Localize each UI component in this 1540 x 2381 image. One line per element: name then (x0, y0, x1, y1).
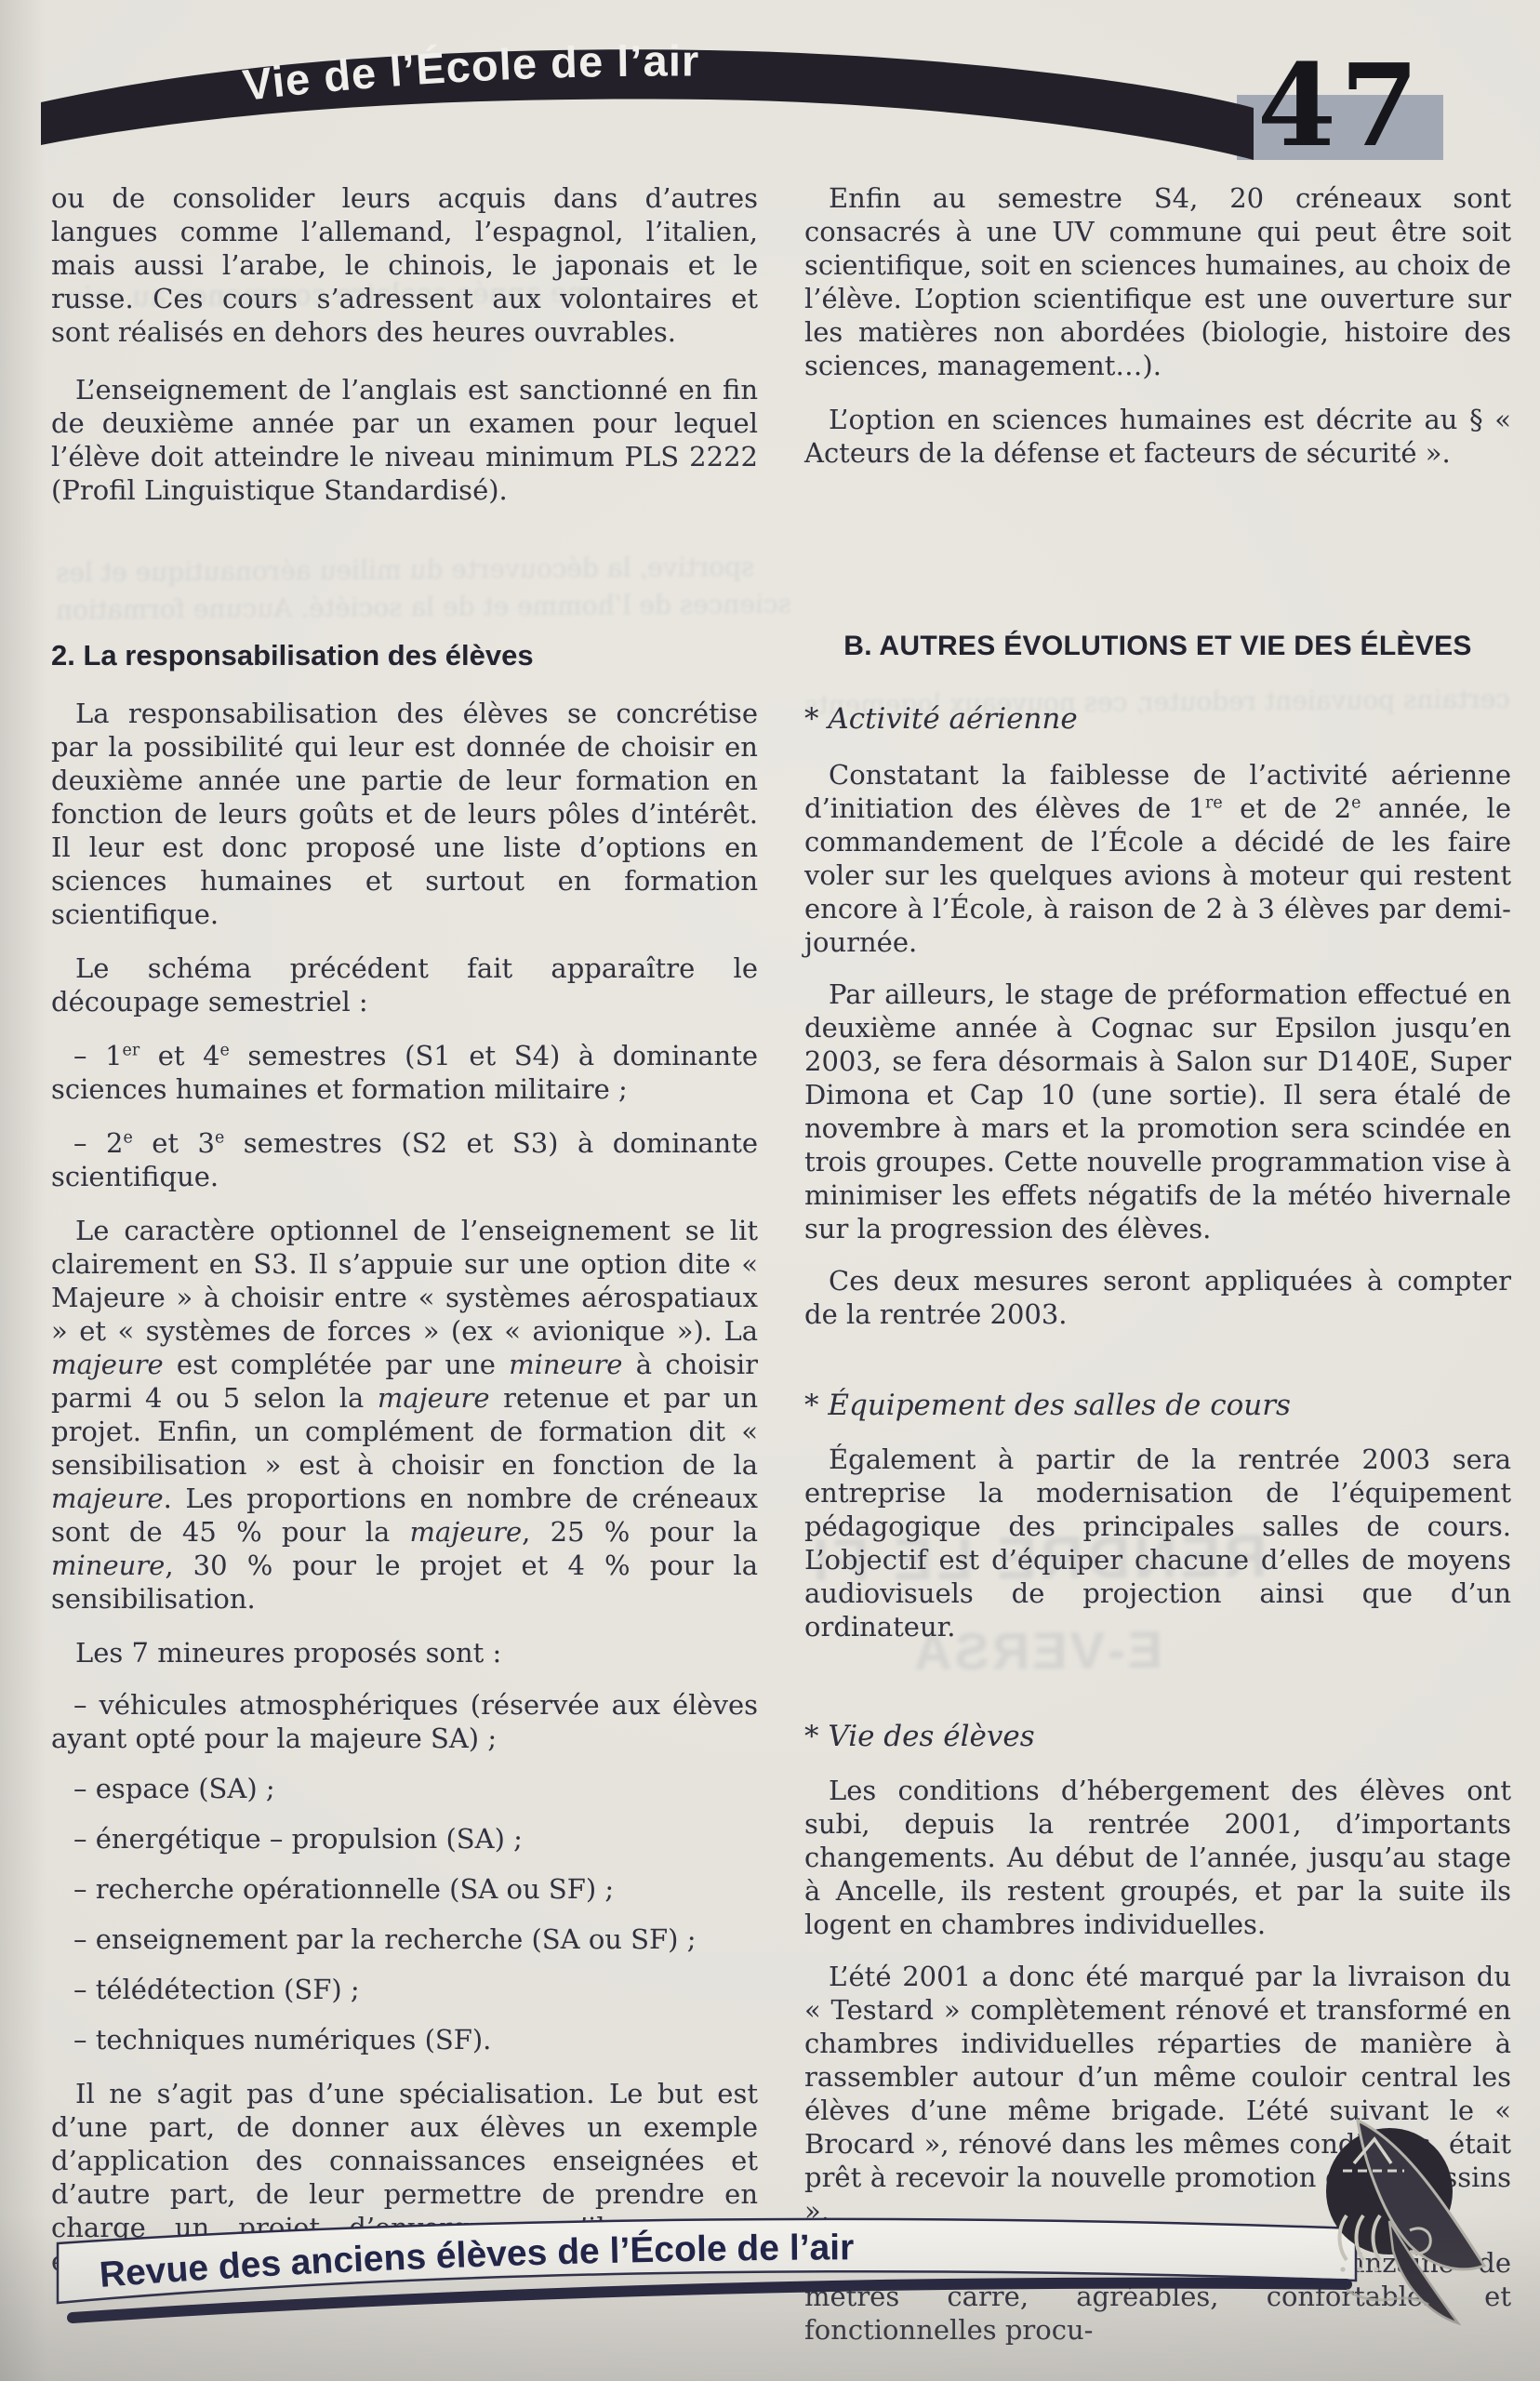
paragraph: – télédétection (SF) ; (51, 1973, 758, 2006)
school-emblem (1300, 2109, 1514, 2333)
paragraph: – enseignement par la recherche (SA ou S… (51, 1922, 758, 1956)
paragraph: Le caractère optionnel de l’enseignement… (51, 1214, 758, 1616)
paragraph: – espace (SA) ; (51, 1772, 758, 1805)
paragraph: Le schéma précédent fait apparaître le d… (51, 951, 758, 1018)
page-number: 47 (1257, 38, 1423, 172)
paragraph: ou de consolider leurs acquis dans d’aut… (51, 181, 758, 349)
magazine-page: me année scolaire commence au sein sport… (0, 0, 1540, 2381)
left-column: ou de consolider leurs acquis dans d’aut… (51, 181, 758, 2278)
section-heading: * Activité aérienne (804, 700, 1511, 738)
paragraph: – énergétique – propulsion (SA) ; (51, 1822, 758, 1856)
paragraph: – 1er et 4e semestres (S1 et S4) à domin… (51, 1039, 758, 1106)
paragraph: Les 7 mineures proposés sont : (51, 1636, 758, 1669)
paragraph: Par ailleurs, le stage de préformation e… (804, 978, 1511, 1245)
paragraph: – 2e et 3e semestres (S2 et S3) à domina… (51, 1126, 758, 1193)
section-heading: B. AUTRES ÉVOLUTIONS ET VIE DES ÉLÈVES (804, 628, 1511, 665)
paragraph: – techniques numériques (SF). (51, 2023, 758, 2056)
section-heading: 2. La responsabilisation des élèves (51, 637, 758, 674)
paragraph: Constatant la faiblesse de l’activité aé… (804, 758, 1511, 959)
paragraph: Les conditions d’hébergement des élèves … (804, 1774, 1511, 1941)
paragraph: – véhicules atmosphériques (réservée aux… (51, 1688, 758, 1755)
paragraph: Ces deux mesures seront appliquées à com… (804, 1264, 1511, 1331)
right-column: Enfin au semestre S4, 20 créneaux sont c… (804, 181, 1511, 2347)
header-ribbon: Vie de l’École de l’air 47 (0, 0, 1540, 205)
section-heading: * Équipement des salles de cours (804, 1387, 1511, 1424)
section-heading: * Vie des élèves (804, 1718, 1511, 1755)
paragraph: La responsabilisation des élèves se conc… (51, 697, 758, 931)
paragraph: Également à partir de la rentrée 2003 se… (804, 1443, 1511, 1643)
paragraph: Enfin au semestre S4, 20 créneaux sont c… (804, 181, 1511, 382)
paragraph: L’enseignement de l’anglais est sanction… (51, 373, 758, 507)
paragraph: L’option en sciences humaines est décrit… (804, 403, 1511, 470)
paragraph: – recherche opérationnelle (SA ou SF) ; (51, 1872, 758, 1906)
